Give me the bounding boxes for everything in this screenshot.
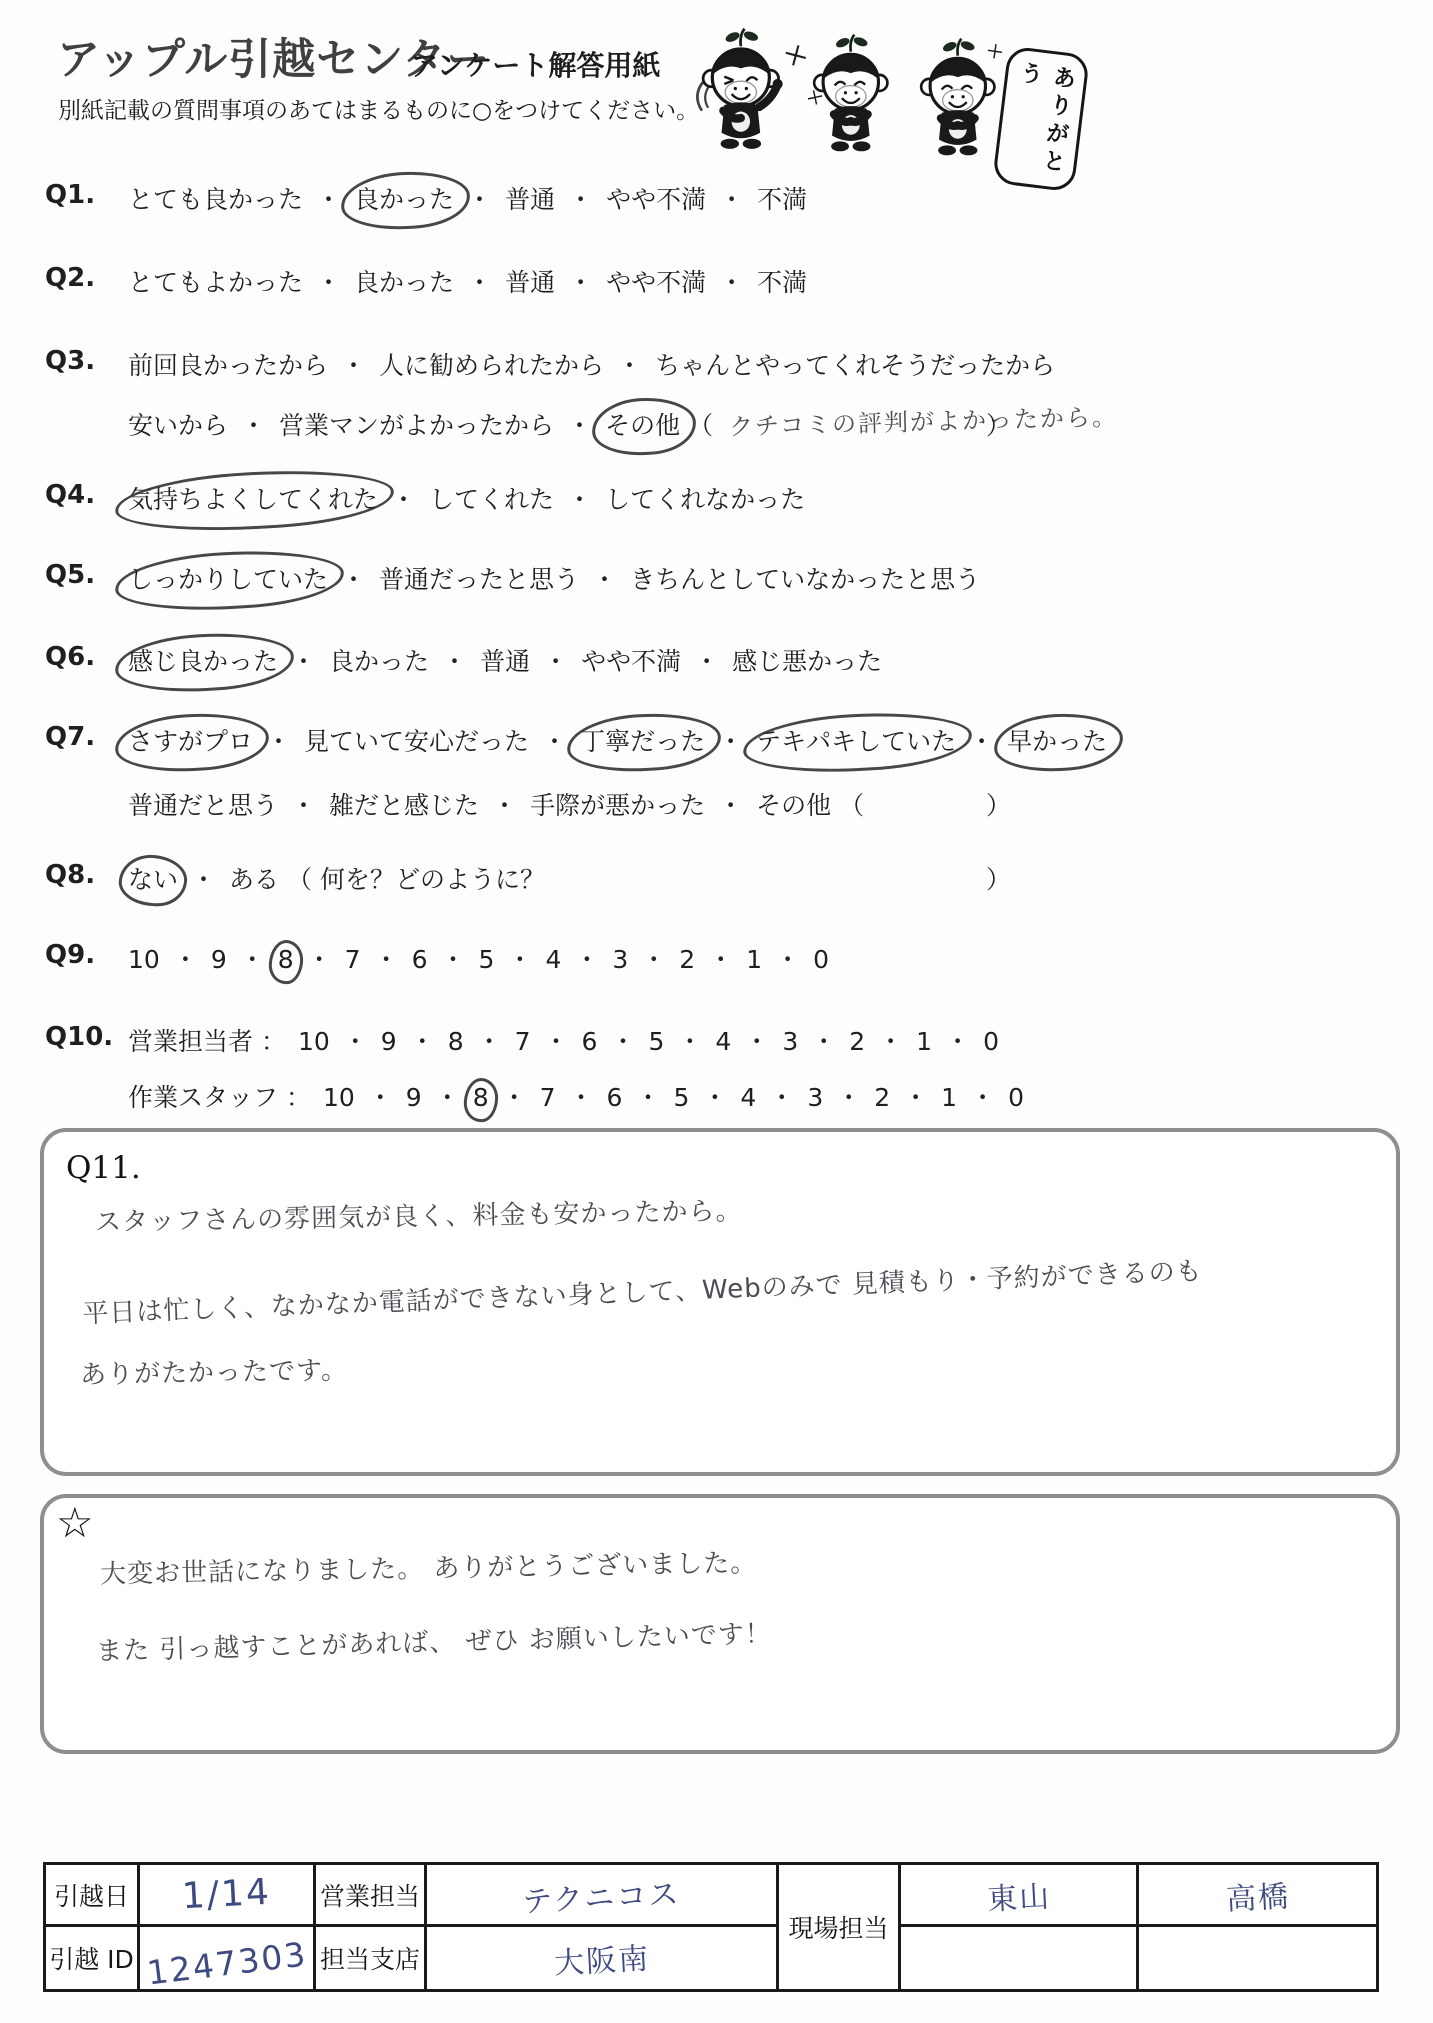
answer-option: 1 [941, 1083, 957, 1112]
star-icon: ☆ [56, 1498, 94, 1547]
table-cell-label: 引越日 [46, 1865, 140, 1927]
answer-option-circled: テキパキしていた [756, 722, 956, 758]
footer-info-table: 引越日1/14営業担当テクニコス現場担当東山高橋引越 ID1247303担当支店… [43, 1862, 1379, 1992]
option-separator-dot: ・ [708, 945, 733, 974]
monkey-mascot-waving [683, 26, 795, 164]
answer-option-circled: しっかりしていた [128, 560, 328, 596]
option-separator-dot: ・ [542, 727, 567, 756]
option-separator-dot: ・ [467, 268, 492, 297]
q11-label: Q11. [66, 1150, 141, 1186]
question-label: Q9. [45, 940, 95, 970]
option-separator-dot: ・ [945, 1027, 970, 1056]
option-separator-dot: ・ [744, 1027, 769, 1056]
option-separator-dot: ・ [266, 727, 291, 756]
option-separator-dot: ・ [442, 647, 467, 676]
table-handwritten-value: 東山 [985, 1871, 1051, 1918]
close-paren: ） [986, 860, 1011, 896]
option-separator-dot: ・ [567, 411, 592, 440]
answer-option: 6 [412, 945, 428, 974]
answer-option: とても良かった [128, 180, 303, 216]
option-separator-dot: ・ [569, 1083, 594, 1112]
question-options-row: 安いから・営業マンがよかったから・その他（クチコミの評判がよかったから。） [128, 406, 1423, 442]
answer-option-circled: さすがプロ [128, 722, 253, 758]
option-separator-dot: ・ [568, 268, 593, 297]
option-separator-dot: ・ [568, 185, 593, 214]
table-cell-value: 1/14 [140, 1865, 316, 1927]
answer-option-circled: 早かった [1007, 722, 1107, 758]
option-separator-dot: ・ [970, 1083, 995, 1112]
handwritten-answer: クチコミの評判がよかったから。 [729, 397, 1119, 442]
table-cell-value: 大阪南 [427, 1927, 779, 1989]
answer-option: 人に勧められたから [379, 346, 604, 382]
table-cell-value: 高橋 [1139, 1865, 1376, 1927]
open-paren: （ [688, 411, 713, 440]
option-separator-dot: ・ [718, 727, 743, 756]
answer-option: 9 [211, 945, 227, 974]
table-cell-value: 1247303 [140, 1927, 316, 1989]
question-label: Q7. [45, 722, 95, 752]
question-label: Q10. [45, 1022, 113, 1052]
option-separator-dot: ・ [719, 185, 744, 214]
option-separator-dot: ・ [391, 485, 416, 514]
table-label-text: 担当支店 [320, 1940, 420, 1976]
table-cell-label: 現場担当 [779, 1865, 901, 1989]
answer-option: 9 [406, 1083, 422, 1112]
option-separator-dot: ・ [368, 1083, 393, 1112]
option-separator-dot: ・ [307, 945, 332, 974]
answer-option: 普通だと思う [128, 786, 278, 822]
instruction-text: 別紙記載の質問事項のあてはまるものに○をつけてください。 [58, 92, 699, 125]
answer-option: 3 [612, 945, 628, 974]
open-paren: （ [839, 791, 864, 820]
question-options-row: 気持ちよくしてくれた・してくれた・してくれなかった [128, 480, 1423, 516]
answer-option: 1 [746, 945, 762, 974]
option-separator-dot: ・ [507, 945, 532, 974]
question-options-row: 作業スタッフ ：10・9・8・7・6・5・4・3・2・1・0 [128, 1078, 1423, 1114]
answer-option: 2 [874, 1083, 890, 1112]
answer-option: 不満 [757, 263, 807, 299]
answer-option: 普通 [480, 642, 530, 678]
answer-option: 7 [515, 1027, 531, 1056]
option-separator-dot: ・ [191, 865, 216, 894]
answer-option: 営業マンがよかったから [279, 406, 554, 442]
table-cell-value [901, 1927, 1139, 1989]
question-options-row: しっかりしていた・普通だったと思う・きちんとしていなかったと思う [128, 560, 1423, 596]
table-handwritten-value: 1/14 [181, 1872, 272, 1918]
form-title: アンケート解答用紙 [410, 44, 660, 84]
thanks-banner: ありがとう [992, 46, 1090, 193]
option-separator-dot: ・ [502, 1083, 527, 1112]
option-separator-dot: ・ [240, 945, 265, 974]
option-separator-dot: ・ [441, 945, 466, 974]
answer-option-circled: 丁寧だった [580, 722, 705, 758]
answer-option-circled: 良かった [354, 180, 454, 216]
answer-option: 0 [1008, 1083, 1024, 1112]
table-label-text: 現場担当 [788, 1909, 888, 1945]
answer-option: 雑だと感じた [329, 786, 479, 822]
option-group-prefix: 作業スタッフ ： [128, 1083, 311, 1112]
table-handwritten-value: テクニコス [521, 1868, 681, 1920]
answer-option: その他 [756, 786, 831, 822]
answer-option: 10 [128, 945, 160, 974]
answer-option: 5 [648, 1027, 664, 1056]
table-cell-value: 東山 [901, 1865, 1139, 1927]
option-separator-dot: ・ [316, 185, 341, 214]
question-options-row: 営業担当者 ：10・9・8・7・6・5・4・3・2・1・0 [128, 1022, 1423, 1058]
answer-option: 0 [983, 1027, 999, 1056]
answer-option: 4 [715, 1027, 731, 1056]
option-separator-dot: ・ [241, 411, 266, 440]
answer-option: 1 [916, 1027, 932, 1056]
option-separator-dot: ・ [903, 1083, 928, 1112]
answer-option: きちんとしていなかったと思う [630, 560, 980, 596]
table-label-text: 引越日 [54, 1877, 129, 1913]
option-separator-dot: ・ [374, 945, 399, 974]
question-label: Q1. [45, 180, 95, 210]
question-label: Q6. [45, 642, 95, 672]
table-handwritten-value: 高橋 [1224, 1871, 1290, 1918]
answer-option: 3 [782, 1027, 798, 1056]
option-group-prefix: 営業担当者 ： [128, 1027, 286, 1056]
option-separator-dot: ・ [878, 1027, 903, 1056]
question-label: Q2. [45, 263, 95, 293]
option-separator-dot: ・ [635, 1083, 660, 1112]
answer-option-circled: 気持ちよくしてくれた [128, 480, 378, 516]
answer-option: 3 [807, 1083, 823, 1112]
option-separator-dot: ・ [617, 351, 642, 380]
answer-option: 普通だったと思う [379, 560, 579, 596]
answer-option-circled: 8 [473, 1083, 489, 1112]
option-separator-dot: ・ [291, 647, 316, 676]
option-separator-dot: ・ [677, 1027, 702, 1056]
option-separator-dot: ・ [467, 185, 492, 214]
answer-option: 2 [679, 945, 695, 974]
answer-option: 普通 [505, 180, 555, 216]
answer-option-circled: 8 [278, 945, 294, 974]
open-paren: （ 何を？どのように？ [287, 865, 545, 894]
answer-option: 6 [582, 1027, 598, 1056]
option-separator-dot: ・ [592, 565, 617, 594]
answer-option: やや不満 [606, 180, 706, 216]
option-separator-dot: ・ [173, 945, 198, 974]
answer-option: やや不満 [581, 642, 681, 678]
option-separator-dot: ・ [435, 1083, 460, 1112]
option-separator-dot: ・ [291, 791, 316, 820]
answer-option: 見ていて安心だった [304, 722, 529, 758]
answer-option: 4 [740, 1083, 756, 1112]
table-cell-label: 担当支店 [316, 1927, 427, 1989]
answer-option-circled: その他 [605, 406, 680, 442]
table-cell-value: テクニコス [427, 1865, 779, 1927]
answer-option: 0 [813, 945, 829, 974]
table-label-text: 引越 ID [49, 1940, 134, 1976]
answer-option: 普通 [505, 263, 555, 299]
answer-option: 前回良かったから [128, 346, 328, 382]
table-handwritten-value: 大阪南 [552, 1934, 650, 1983]
question-options-row: 10・9・8・7・6・5・4・3・2・1・0 [128, 940, 1423, 976]
table-label-text: 営業担当 [320, 1877, 420, 1913]
option-separator-dot: ・ [610, 1027, 635, 1056]
option-separator-dot: ・ [477, 1027, 502, 1056]
option-separator-dot: ・ [410, 1027, 435, 1056]
answer-option: 5 [479, 945, 495, 974]
answer-option: 7 [540, 1083, 556, 1112]
answer-option-circled: 感じ良かった [128, 642, 278, 678]
answer-option: 7 [345, 945, 361, 974]
answer-option: ある [229, 860, 279, 896]
answer-option: 4 [545, 945, 561, 974]
answer-option: 不満 [757, 180, 807, 216]
option-separator-dot: ・ [719, 268, 744, 297]
option-separator-dot: ・ [567, 485, 592, 514]
question-options-row: ない・ある（ 何を？どのように？） [128, 860, 1423, 896]
answer-option: ちゃんとやってくれそうだったから [655, 346, 1055, 382]
answer-option: 10 [323, 1083, 355, 1112]
option-separator-dot: ・ [694, 647, 719, 676]
question-options-row: さすがプロ・見ていて安心だった・丁寧だった・テキパキしていた・早かった [128, 722, 1423, 758]
answer-option: 2 [849, 1027, 865, 1056]
answer-option: 9 [381, 1027, 397, 1056]
sparkle-icon: ＋ [984, 37, 1005, 65]
option-separator-dot: ・ [341, 565, 366, 594]
table-cell-label: 引越 ID [46, 1927, 140, 1989]
question-options-row: とてもよかった・良かった・普通・やや不満・不満 [128, 263, 1423, 299]
answer-option: 10 [298, 1027, 330, 1056]
answer-option: 良かった [329, 642, 429, 678]
option-separator-dot: ・ [543, 647, 568, 676]
table-handwritten-value: 1247303 [145, 1934, 310, 1992]
option-separator-dot: ・ [718, 791, 743, 820]
option-separator-dot: ・ [544, 1027, 569, 1056]
question-label: Q5. [45, 560, 95, 590]
option-separator-dot: ・ [641, 945, 666, 974]
table-cell-value [1139, 1927, 1376, 1989]
option-separator-dot: ・ [316, 268, 341, 297]
answer-option: してくれなかった [605, 480, 805, 516]
answer-option: 8 [448, 1027, 464, 1056]
question-options-row: とても良かった・良かった・普通・やや不満・不満 [128, 180, 1423, 216]
option-separator-dot: ・ [836, 1083, 861, 1112]
option-separator-dot: ・ [341, 351, 366, 380]
option-separator-dot: ・ [702, 1083, 727, 1112]
answer-option-circled: ない [128, 860, 178, 896]
option-separator-dot: ・ [811, 1027, 836, 1056]
answer-option: とてもよかった [128, 263, 303, 299]
answer-option: 手際が悪かった [530, 786, 705, 822]
option-separator-dot: ・ [343, 1027, 368, 1056]
close-paren: ） [986, 786, 1011, 822]
answer-option: 感じ悪かった [732, 642, 882, 678]
q11-handwritten-line: ありがたかったです。 [80, 1350, 349, 1392]
option-separator-dot: ・ [574, 945, 599, 974]
option-separator-dot: ・ [969, 727, 994, 756]
answer-option: やや不満 [606, 263, 706, 299]
question-label: Q8. [45, 860, 95, 890]
answer-option: 6 [607, 1083, 623, 1112]
answer-option: してくれた [429, 480, 554, 516]
option-separator-dot: ・ [769, 1083, 794, 1112]
answer-option: 5 [673, 1083, 689, 1112]
answer-option: 良かった [354, 263, 454, 299]
option-separator-dot: ・ [775, 945, 800, 974]
question-options-row: 前回良かったから・人に勧められたから・ちゃんとやってくれそうだったから [128, 346, 1423, 382]
question-label: Q3. [45, 346, 95, 376]
question-options-row: 普通だと思う・雑だと感じた・手際が悪かった・その他（） [128, 786, 1423, 822]
question-label: Q4. [45, 480, 95, 510]
question-options-row: 感じ良かった・良かった・普通・やや不満・感じ悪かった [128, 642, 1423, 678]
table-cell-label: 営業担当 [316, 1865, 427, 1927]
close-paren: ） [986, 406, 1011, 442]
option-separator-dot: ・ [492, 791, 517, 820]
answer-option: 安いから [128, 406, 228, 442]
questionnaire-page: アップル引越センター アンケート解答用紙 別紙記載の質問事項のあてはまるものに○… [0, 0, 1433, 2023]
